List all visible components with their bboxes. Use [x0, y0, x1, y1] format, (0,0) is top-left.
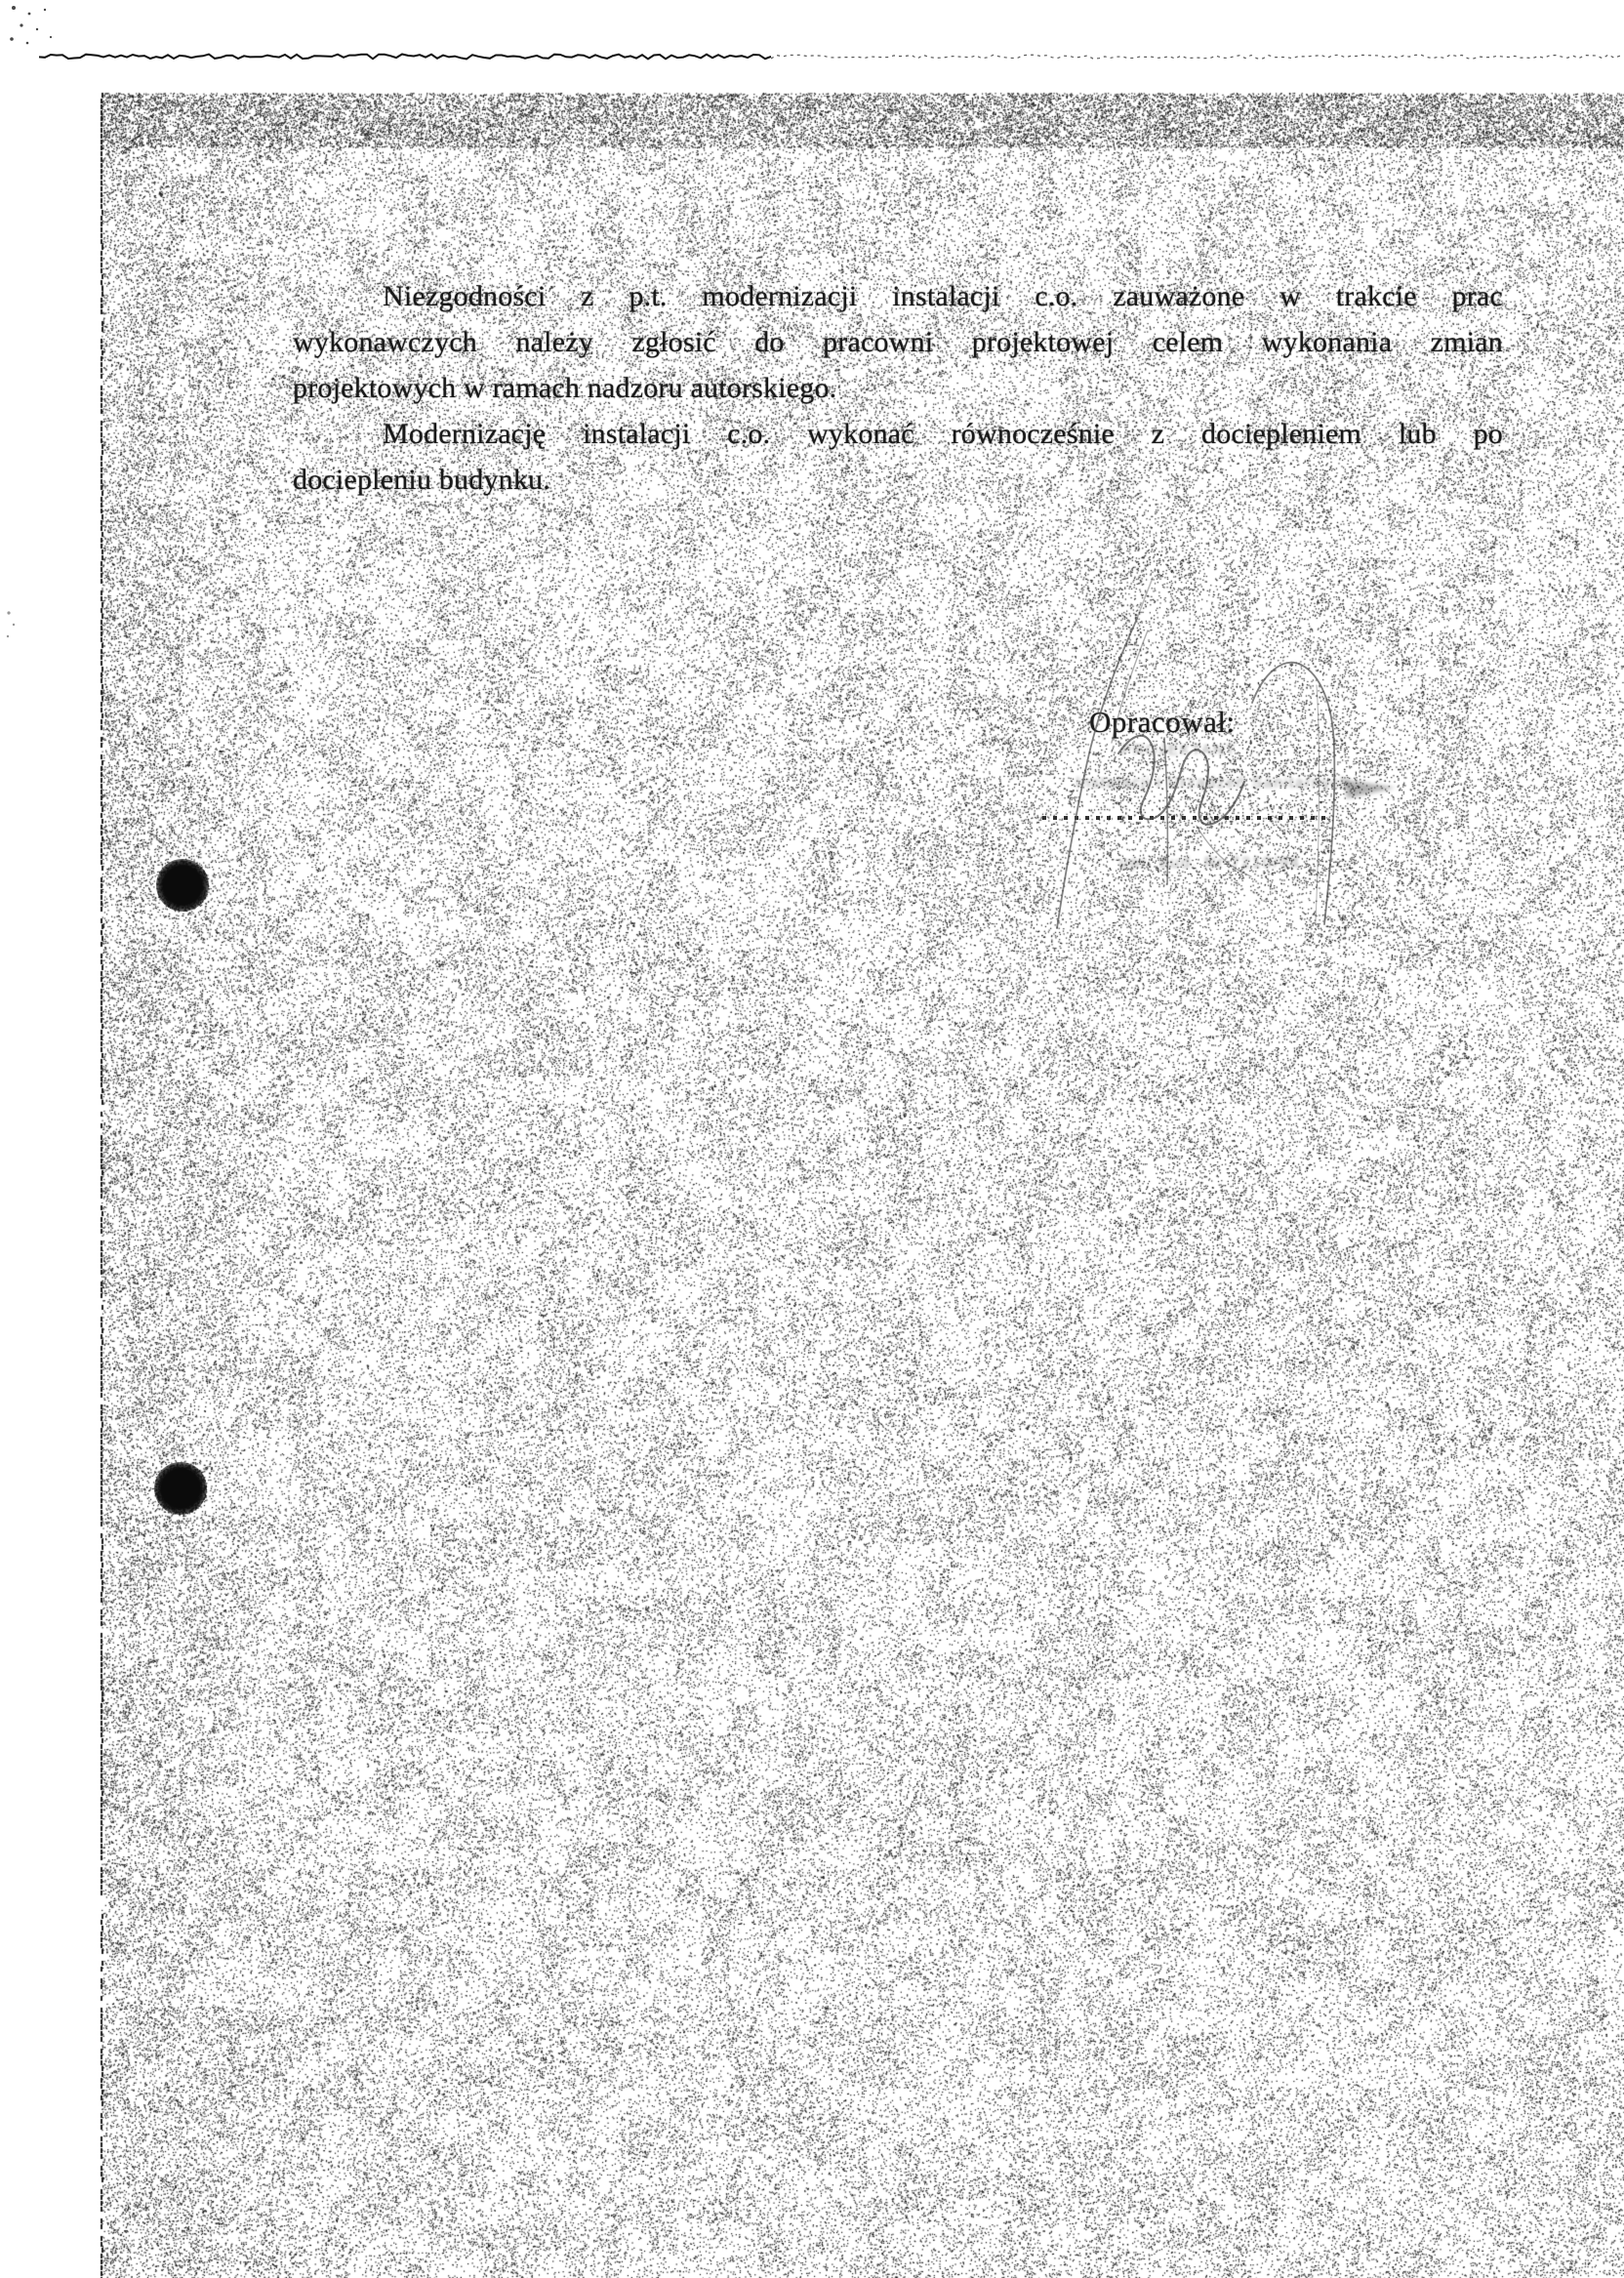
stamp-line-2: Instalacji i Urządzeń Sanitarnych	[1033, 775, 1394, 793]
paragraph-line: wykonawczych należy zgłosić do pracowni …	[293, 319, 1503, 365]
body-text: Niezgodności z p.t. modernizacji instala…	[293, 273, 1503, 503]
stamp-line-3: upr. bud. Nr 7210/94	[1069, 855, 1352, 873]
paragraph-line: projektowych w ramach nadzoru autorskieg…	[293, 365, 1503, 411]
paragraph-line: Modernizację instalacji c.o. wykonać rów…	[293, 411, 1503, 457]
punch-hole-bottom	[154, 1462, 207, 1515]
punch-hole-top	[156, 859, 209, 912]
signature-dotted-line	[1042, 816, 1331, 820]
scanned-document-page: Niezgodności z p.t. modernizacji instala…	[0, 0, 1624, 2278]
paragraph-line: dociepleniu budynku.	[293, 457, 1503, 503]
paragraph-line: Niezgodności z p.t. modernizacji instala…	[293, 273, 1503, 319]
stamp-line-1: PROJEKTANT	[1081, 742, 1277, 758]
signature-section-label: Opracował:	[1089, 705, 1236, 740]
